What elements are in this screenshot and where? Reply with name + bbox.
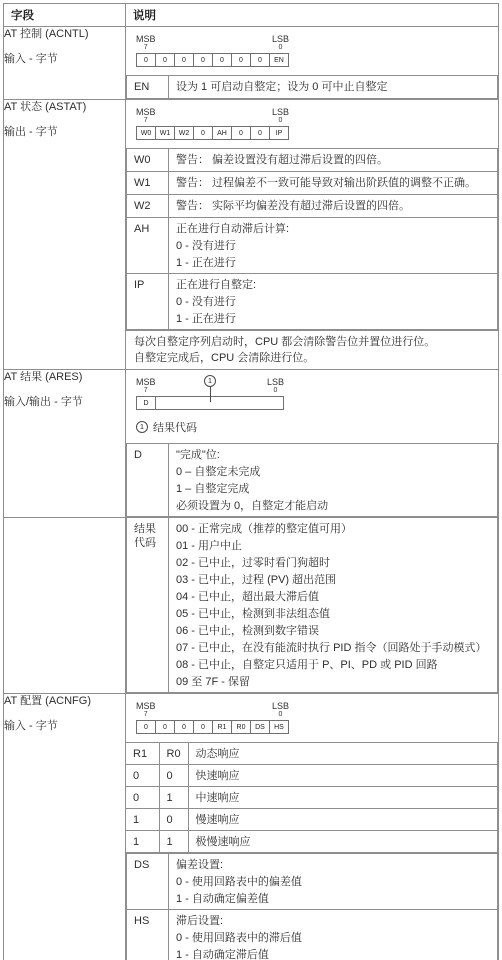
desc-line: 1 - 正在进行 xyxy=(176,310,490,327)
lsb-bit-number: 0 xyxy=(267,387,284,395)
sub-desc-cell: 00 - 正常完成（推荐的整定值可用）01 - 用户中止02 - 已中止，过零时… xyxy=(169,518,498,693)
sub-rows-table: EN设为 1 可启动自整定；设为 0 可中止自整定 xyxy=(126,75,498,99)
field-cell: AT 配置 (ACNFG)输入 - 字节 xyxy=(4,694,126,960)
desc-line: 必须设置为 0，自整定才能启动 xyxy=(176,497,490,514)
grid-cell: 动态响应 xyxy=(188,743,498,765)
bit-cell: R0 xyxy=(231,720,251,734)
register-diagram: MSB7LSB0W0W1W20AH00IP xyxy=(136,107,289,140)
sub-label: DS xyxy=(134,857,164,873)
field-line: AT 配置 (ACNFG) xyxy=(4,694,125,708)
register-top-labels: MSB7LSB0 xyxy=(136,701,289,720)
sub-desc-cell: 警告： 实际平均偏差没有超过滞后设置的四倍。 xyxy=(169,195,498,218)
sub-label-cell: IP xyxy=(127,274,169,330)
bit-cell: 0 xyxy=(250,53,270,67)
grid-cell: R1 xyxy=(126,743,159,765)
callout-circle: 1 xyxy=(204,375,216,387)
register-area: MSB7LSB0W0W1W20AH00IP xyxy=(126,100,498,148)
sub-label: EN xyxy=(134,79,164,95)
grid-row: 00快速响应 xyxy=(126,765,498,787)
lsb-label-group: LSB0 xyxy=(272,701,289,720)
grid-cell: 0 xyxy=(159,809,188,831)
sub-desc-cell: 设为 1 可启动自整定；设为 0 可中止自整定 xyxy=(169,76,498,99)
desc-cell: 结果代码00 - 正常完成（推荐的整定值可用）01 - 用户中止02 - 已中止… xyxy=(126,518,499,694)
bit-cell: IP xyxy=(269,126,289,140)
bit-cell: 0 xyxy=(231,53,251,67)
grid-cell: 1 xyxy=(126,809,159,831)
field-cell xyxy=(4,518,126,694)
grid-cell: 慢速响应 xyxy=(188,809,498,831)
sub-desc-cell: 偏差设置:0 - 使用回路表中的偏差值1 - 自动确定偏差值 xyxy=(169,854,498,910)
desc-line: 02 - 已中止，过零时看门狗超时 xyxy=(176,554,490,571)
grid-row: 11极慢速响应 xyxy=(126,831,498,853)
bit-cell: R1 xyxy=(212,720,232,734)
lsb-bit-number: 0 xyxy=(272,711,289,719)
bit-cell: 0 xyxy=(174,720,194,734)
desc-line: 警告： 偏差设置没有超过滞后设置的四倍。 xyxy=(176,151,490,168)
grid-cell: 快速响应 xyxy=(188,765,498,787)
field-line: 输入 - 字节 xyxy=(4,719,125,733)
desc-line: 04 - 已中止，超出最大滞后值 xyxy=(176,588,490,605)
sub-label: W1 xyxy=(134,175,164,191)
desc-line: 1 - 自动确定滞后值 xyxy=(176,946,490,960)
desc-line: "完成"位: xyxy=(176,446,490,463)
sub-rows-table: D"完成"位:0 – 自整定未完成1 – 自整定完成必须设置为 0，自整定才能启… xyxy=(126,443,498,517)
desc-line: 0 – 自整定未完成 xyxy=(176,463,490,480)
desc-line: 0 - 没有进行 xyxy=(176,293,490,310)
section-row: AT 配置 (ACNFG)输入 - 字节MSB7LSB00000R1R0DSHS… xyxy=(4,694,499,960)
sub-label: IP xyxy=(134,277,164,293)
lsb-label: LSB xyxy=(272,107,289,117)
bit-cell: 0 xyxy=(155,720,175,734)
msb-label-group: MSB7 xyxy=(136,107,156,126)
field-line: AT 结果 (ARES) xyxy=(4,370,125,384)
desc-line: 正在进行自整定: xyxy=(176,276,490,293)
msb-bit-number: 7 xyxy=(136,44,156,52)
section-row: AT 控制 (ACNTL)输入 - 字节MSB7LSB00000000ENEN设… xyxy=(4,27,499,100)
desc-cell: MSB71LSB0D1结果代码D"完成"位:0 – 自整定未完成1 – 自整定完… xyxy=(126,370,499,518)
desc-line: 正在进行自动滞后计算: xyxy=(176,220,490,237)
lsb-label: LSB xyxy=(272,34,289,44)
sub-label-cell: DS xyxy=(127,854,169,910)
caption-text: 结果代码 xyxy=(153,419,197,435)
bit-cell: 0 xyxy=(155,53,175,67)
sub-label: 结果代码 xyxy=(134,521,164,551)
sub-row: W2警告： 实际平均偏差没有超过滞后设置的四倍。 xyxy=(127,195,498,218)
caption-circle-icon: 1 xyxy=(136,421,148,433)
desc-line: 0 - 使用回路表中的偏差值 xyxy=(176,873,490,890)
sub-label: W0 xyxy=(134,152,164,168)
bit-cells-row: 0000000EN xyxy=(136,53,289,67)
table-header-row: 字段 说明 xyxy=(4,4,499,27)
bit-cell: 0 xyxy=(193,720,213,734)
lsb-label-group: LSB0 xyxy=(272,34,289,53)
sub-row: W1警告： 过程偏差不一致可能导致对输出阶跃值的调整不正确。 xyxy=(127,172,498,195)
sub-row: 结果代码00 - 正常完成（推荐的整定值可用）01 - 用户中止02 - 已中止… xyxy=(127,518,498,693)
lsb-label: LSB xyxy=(272,701,289,711)
desc-line: 设为 1 可启动自整定；设为 0 可中止自整定 xyxy=(176,78,490,95)
grid-cell: 1 xyxy=(159,831,188,853)
desc-line: 00 - 正常完成（推荐的整定值可用） xyxy=(176,520,490,537)
lsb-bit-number: 0 xyxy=(272,117,289,125)
desc-line: 1 - 正在进行 xyxy=(176,254,490,271)
callout-line xyxy=(210,386,211,402)
register-top-labels: MSB7LSB0 xyxy=(136,34,289,53)
sub-desc-cell: 滞后设置:0 - 使用回路表中的滞后值1 - 自动确定滞后值 xyxy=(169,910,498,960)
sub-label-cell: AH xyxy=(127,218,169,274)
register-area: MSB7LSB00000000EN xyxy=(126,27,498,75)
section-row: AT 状态 (ASTAT)输出 - 字节MSB7LSB0W0W1W20AH00I… xyxy=(4,100,499,370)
register-diagram: MSB7LSB00000R1R0DSHS xyxy=(136,701,289,734)
desc-cell: MSB7LSB00000R1R0DSHSR1R0动态响应00快速响应01中速响应… xyxy=(126,694,499,960)
sub-desc-cell: 警告： 过程偏差不一致可能导致对输出阶跃值的调整不正确。 xyxy=(169,172,498,195)
bit-cell: 0 xyxy=(212,53,232,67)
register-area: MSB71LSB0D1结果代码 xyxy=(126,370,498,443)
grid-row: 01中速响应 xyxy=(126,787,498,809)
response-grid-table: R1R0动态响应00快速响应01中速响应10慢速响应11极慢速响应 xyxy=(126,742,498,853)
sub-label-cell: EN xyxy=(127,76,169,99)
msb-label: MSB xyxy=(136,34,156,44)
bit-cell: W2 xyxy=(174,126,194,140)
lsb-label-group: LSB0 xyxy=(272,107,289,126)
desc-cell: MSB7LSB00000000ENEN设为 1 可启动自整定；设为 0 可中止自… xyxy=(126,27,499,100)
sub-row: W0警告： 偏差设置没有超过滞后设置的四倍。 xyxy=(127,149,498,172)
grid-cell: 1 xyxy=(159,787,188,809)
table-header-field: 字段 xyxy=(4,4,126,27)
msb-bit-number: 7 xyxy=(136,387,156,395)
register-area: MSB7LSB00000R1R0DSHS xyxy=(126,694,498,742)
desc-line: 01 - 用户中止 xyxy=(176,537,490,554)
sub-label-cell: W0 xyxy=(127,149,169,172)
sub-label: AH xyxy=(134,221,164,237)
desc-line: 03 - 已中止，过程 (PV) 超出范围 xyxy=(176,571,490,588)
msb-bit-number: 7 xyxy=(136,117,156,125)
bit-cell: 0 xyxy=(136,53,156,67)
desc-line: 0 - 没有进行 xyxy=(176,237,490,254)
section-row: AT 结果 (ARES)输入/输出 - 字节MSB71LSB0D1结果代码D"完… xyxy=(4,370,499,518)
bit-cell: 0 xyxy=(193,53,213,67)
register-diagram: MSB7LSB00000000EN xyxy=(136,34,289,67)
desc-line: 09 至 7F - 保留 xyxy=(176,673,490,690)
desc-line: 警告： 实际平均偏差没有超过滞后设置的四倍。 xyxy=(176,197,490,214)
sub-desc-cell: 正在进行自整定:0 - 没有进行1 - 正在进行 xyxy=(169,274,498,330)
sub-row: EN设为 1 可启动自整定；设为 0 可中止自整定 xyxy=(127,76,498,99)
sub-desc-cell: 正在进行自动滞后计算:0 - 没有进行1 - 正在进行 xyxy=(169,218,498,274)
sub-label-cell: D xyxy=(127,444,169,517)
bit-cell: W0 xyxy=(136,126,156,140)
sub-row: HS滞后设置:0 - 使用回路表中的滞后值1 - 自动确定滞后值 xyxy=(127,910,498,960)
sub-desc-cell: "完成"位:0 – 自整定未完成1 – 自整定完成必须设置为 0，自整定才能启动 xyxy=(169,444,498,517)
lsb-label: LSB xyxy=(267,377,284,387)
sub-label: W2 xyxy=(134,198,164,214)
sub-label-cell: W1 xyxy=(127,172,169,195)
register-diagram: MSB71LSB0D xyxy=(136,377,284,410)
sub-rows-table: W0警告： 偏差设置没有超过滞后设置的四倍。W1警告： 过程偏差不一致可能导致对… xyxy=(126,148,498,330)
grid-row: R1R0动态响应 xyxy=(126,743,498,765)
sub-label-cell: 结果代码 xyxy=(127,518,169,693)
bit-cell: EN xyxy=(269,53,289,67)
sub-row: AH正在进行自动滞后计算:0 - 没有进行1 - 正在进行 xyxy=(127,218,498,274)
register-top-labels: MSB7LSB0 xyxy=(136,107,289,126)
table-header-desc: 说明 xyxy=(126,4,499,27)
bit-cell: D xyxy=(136,396,156,410)
bit-cell: DS xyxy=(250,720,270,734)
note-row: 每次自整定序列启动时，CPU 都会清除警告位并置位进行位。自整定完成后，CPU … xyxy=(126,330,498,369)
field-line: 输入 - 字节 xyxy=(4,52,125,66)
sub-label: D xyxy=(134,447,164,463)
lsb-label-group: LSB0 xyxy=(267,377,284,396)
grid-cell: 0 xyxy=(159,765,188,787)
desc-line: 滞后设置: xyxy=(176,912,490,929)
grid-cell: 0 xyxy=(126,765,159,787)
bit-cell: 0 xyxy=(193,126,213,140)
register-caption: 1结果代码 xyxy=(136,419,488,435)
grid-cell: 中速响应 xyxy=(188,787,498,809)
field-line: AT 控制 (ACNTL) xyxy=(4,27,125,41)
msb-label-group: MSB7 xyxy=(136,377,156,396)
bit-cell xyxy=(155,396,284,410)
bit-cell: 0 xyxy=(174,53,194,67)
sub-row: DS偏差设置:0 - 使用回路表中的偏差值1 - 自动确定偏差值 xyxy=(127,854,498,910)
sub-rows-table: 结果代码00 - 正常完成（推荐的整定值可用）01 - 用户中止02 - 已中止… xyxy=(126,518,498,693)
desc-cell: MSB7LSB0W0W1W20AH00IPW0警告： 偏差设置没有超过滞后设置的… xyxy=(126,100,499,370)
desc-line: 0 - 使用回路表中的滞后值 xyxy=(176,929,490,946)
sub-row: IP正在进行自整定:0 - 没有进行1 - 正在进行 xyxy=(127,274,498,330)
desc-line: 08 - 已中止，自整定只适用于 P、PI、PD 或 PID 回路 xyxy=(176,656,490,673)
field-cell: AT 控制 (ACNTL)输入 - 字节 xyxy=(4,27,126,100)
sub-label-cell: HS xyxy=(127,910,169,960)
msb-bit-number: 7 xyxy=(136,711,156,719)
msb-label-group: MSB7 xyxy=(136,701,156,720)
grid-cell: 0 xyxy=(126,787,159,809)
desc-line: 06 - 已中止，检测到数字错误 xyxy=(176,622,490,639)
msb-label: MSB xyxy=(136,377,156,387)
grid-cell: 极慢速响应 xyxy=(188,831,498,853)
desc-line: 1 – 自整定完成 xyxy=(176,480,490,497)
msb-label-group: MSB7 xyxy=(136,34,156,53)
bit-cell: 0 xyxy=(231,126,251,140)
note-line: 自整定完成后，CPU 会清除进行位。 xyxy=(134,350,490,366)
bit-cells-row: 0000R1R0DSHS xyxy=(136,720,289,734)
grid-row: 10慢速响应 xyxy=(126,809,498,831)
bit-cell: HS xyxy=(269,720,289,734)
section-row: 结果代码00 - 正常完成（推荐的整定值可用）01 - 用户中止02 - 已中止… xyxy=(4,518,499,694)
sub-desc-cell: 警告： 偏差设置没有超过滞后设置的四倍。 xyxy=(169,149,498,172)
sub-rows-table: DS偏差设置:0 - 使用回路表中的偏差值1 - 自动确定偏差值HS滞后设置:0… xyxy=(126,853,498,960)
field-line: 输出 - 字节 xyxy=(4,125,125,139)
sub-label: HS xyxy=(134,913,164,929)
desc-line: 05 - 已中止，检测到非法组态值 xyxy=(176,605,490,622)
bit-cell: AH xyxy=(212,126,232,140)
field-line: 输入/输出 - 字节 xyxy=(4,395,125,409)
lsb-bit-number: 0 xyxy=(272,44,289,52)
field-line: AT 状态 (ASTAT) xyxy=(4,100,125,114)
bit-cell: 0 xyxy=(136,720,156,734)
msb-label: MSB xyxy=(136,701,156,711)
document-page: 字段 说明 AT 控制 (ACNTL)输入 - 字节MSB7LSB0000000… xyxy=(0,3,502,960)
note-line: 每次自整定序列启动时，CPU 都会清除警告位并置位进行位。 xyxy=(134,334,490,350)
desc-line: 07 - 已中止，在没有能流时执行 PID 指令（回路处于手动模式） xyxy=(176,639,490,656)
bit-cells-row: W0W1W20AH00IP xyxy=(136,126,289,140)
bit-cell: W1 xyxy=(155,126,175,140)
bit-cell: 0 xyxy=(250,126,270,140)
sub-label-cell: W2 xyxy=(127,195,169,218)
field-cell: AT 结果 (ARES)输入/输出 - 字节 xyxy=(4,370,126,518)
desc-line: 警告： 过程偏差不一致可能导致对输出阶跃值的调整不正确。 xyxy=(176,174,490,191)
grid-cell: R0 xyxy=(159,743,188,765)
register-top-labels: MSB71LSB0 xyxy=(136,377,284,396)
sub-row: D"完成"位:0 – 自整定未完成1 – 自整定完成必须设置为 0，自整定才能启… xyxy=(127,444,498,517)
grid-cell: 1 xyxy=(126,831,159,853)
field-cell: AT 状态 (ASTAT)输出 - 字节 xyxy=(4,100,126,370)
msb-label: MSB xyxy=(136,107,156,117)
desc-line: 偏差设置: xyxy=(176,856,490,873)
desc-line: 1 - 自动确定偏差值 xyxy=(176,890,490,907)
spec-table: 字段 说明 AT 控制 (ACNTL)输入 - 字节MSB7LSB0000000… xyxy=(3,3,499,960)
